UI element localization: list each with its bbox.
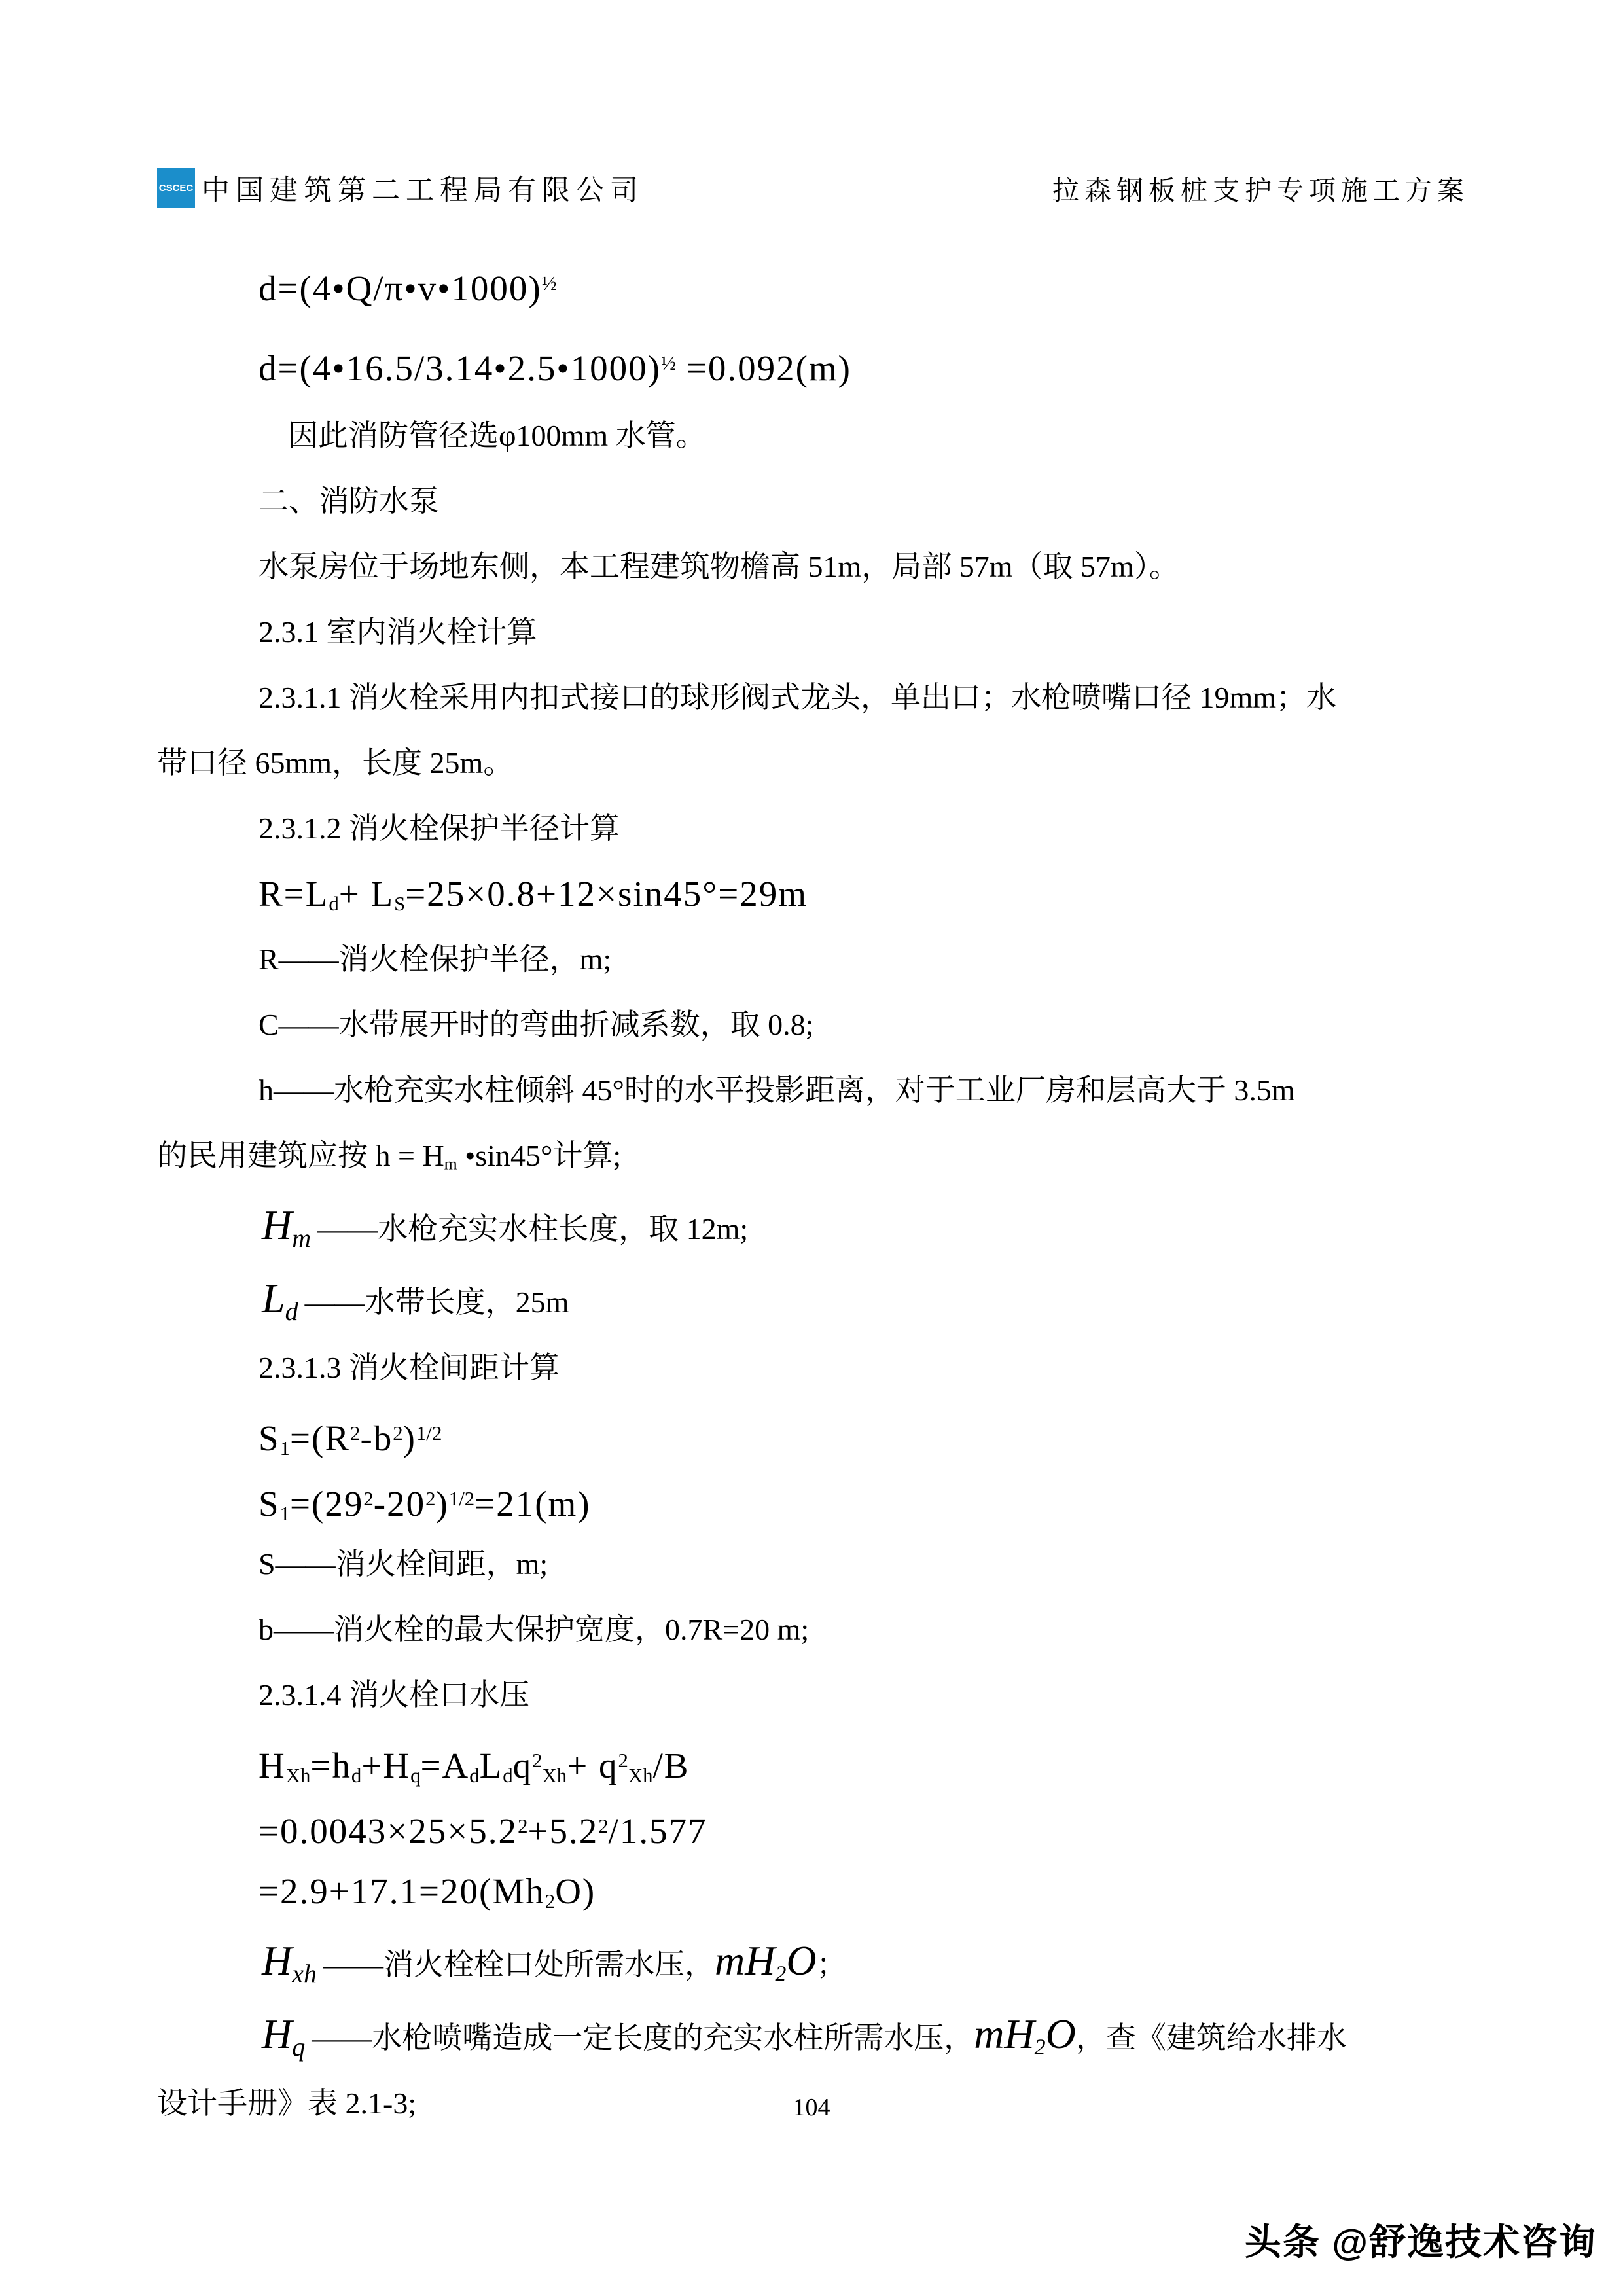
text-line: 2.3.1 室内消火栓计算 (259, 600, 1584, 665)
page-header: CSCEC 中国建筑第二工程局有限公司 拉森钢板桩支护专项施工方案 (157, 168, 1469, 208)
text-line: h——水枪充实水柱倾斜 45°时的水平投影距离，对于工业厂房和层高大于 3.5m (259, 1058, 1584, 1123)
text-line: 2.3.1.3 消火栓间距计算 (259, 1335, 1584, 1401)
text-line: R=Ld+ LS=25×0.8+12×sin45°=29m (259, 861, 1584, 927)
text-line: 因此消防管径选φ100mm 水管。 (288, 403, 1584, 469)
text-line: 水泵房位于场地东侧，本工程建筑物檐高 51m，局部 57m（取 57m）。 (259, 534, 1584, 600)
document-page: CSCEC 中国建筑第二工程局有限公司 拉森钢板桩支护专项施工方案 d=(4•Q… (0, 0, 1623, 2296)
text-line: S1=(R2-b2)1/2 (259, 1401, 1584, 1466)
text-line: 2.3.1.4 消火栓口水压 (259, 1662, 1584, 1728)
text-line: S——消火栓间距，m; (259, 1532, 1584, 1597)
document-title: 拉森钢板桩支护专项施工方案 (1052, 169, 1469, 207)
text-line: Hq——水枪喷嘴造成一定长度的充实水柱所需水压，mH2O，查《建筑给水排水 (262, 1998, 1584, 2071)
text-line: 二、消防水泵 (259, 469, 1584, 534)
text-line: Hxh——消火栓栓口处所需水压，mH2O； (262, 1924, 1584, 1998)
cscec-logo-icon: CSCEC (157, 168, 195, 208)
text-line: 带口径 65mm，长度 25m。 (157, 730, 1584, 796)
text-line: d=(4•16.5/3.14•2.5•1000)½ =0.092(m) (259, 323, 1584, 403)
text-line: R——消火栓保护半径，m; (259, 927, 1584, 992)
text-line: HXh=hd+Hq=AdLdq2Xh+ q2Xh/B (259, 1728, 1584, 1793)
text-line: 2.3.1.1 消火栓采用内扣式接口的球形阀式龙头，单出口；水枪喷嘴口径 19m… (259, 665, 1584, 730)
text-line: =2.9+17.1=20(Mh2O) (259, 1859, 1584, 1924)
text-line: C——水带展开时的弯曲折减系数，取 0.8; (259, 992, 1584, 1058)
text-line: 的民用建筑应按 h = Hm •sin45°计算; (157, 1123, 1584, 1189)
text-line: d=(4•Q/π•v•1000)½ (259, 243, 1584, 323)
watermark-text: 头条 @舒逸技术咨询 (1245, 2214, 1597, 2266)
document-body: d=(4•Q/π•v•1000)½d=(4•16.5/3.14•2.5•1000… (157, 243, 1584, 2136)
text-line: Ld——水带长度，25m (262, 1262, 1584, 1335)
header-left: CSCEC 中国建筑第二工程局有限公司 (157, 168, 644, 208)
text-line: 2.3.1.2 消火栓保护半径计算 (259, 796, 1584, 861)
text-line: =0.0043×25×5.22+5.22/1.577 (259, 1793, 1584, 1859)
text-line: S1=(292-202)1/2=21(m) (259, 1466, 1584, 1532)
text-line: Hm——水枪充实水柱长度，取 12m; (262, 1189, 1584, 1262)
text-line: b——消火栓的最大保护宽度，0.7R=20 m; (259, 1597, 1584, 1662)
page-number: 104 (0, 2088, 1623, 2127)
company-name: 中国建筑第二工程局有限公司 (202, 168, 644, 208)
